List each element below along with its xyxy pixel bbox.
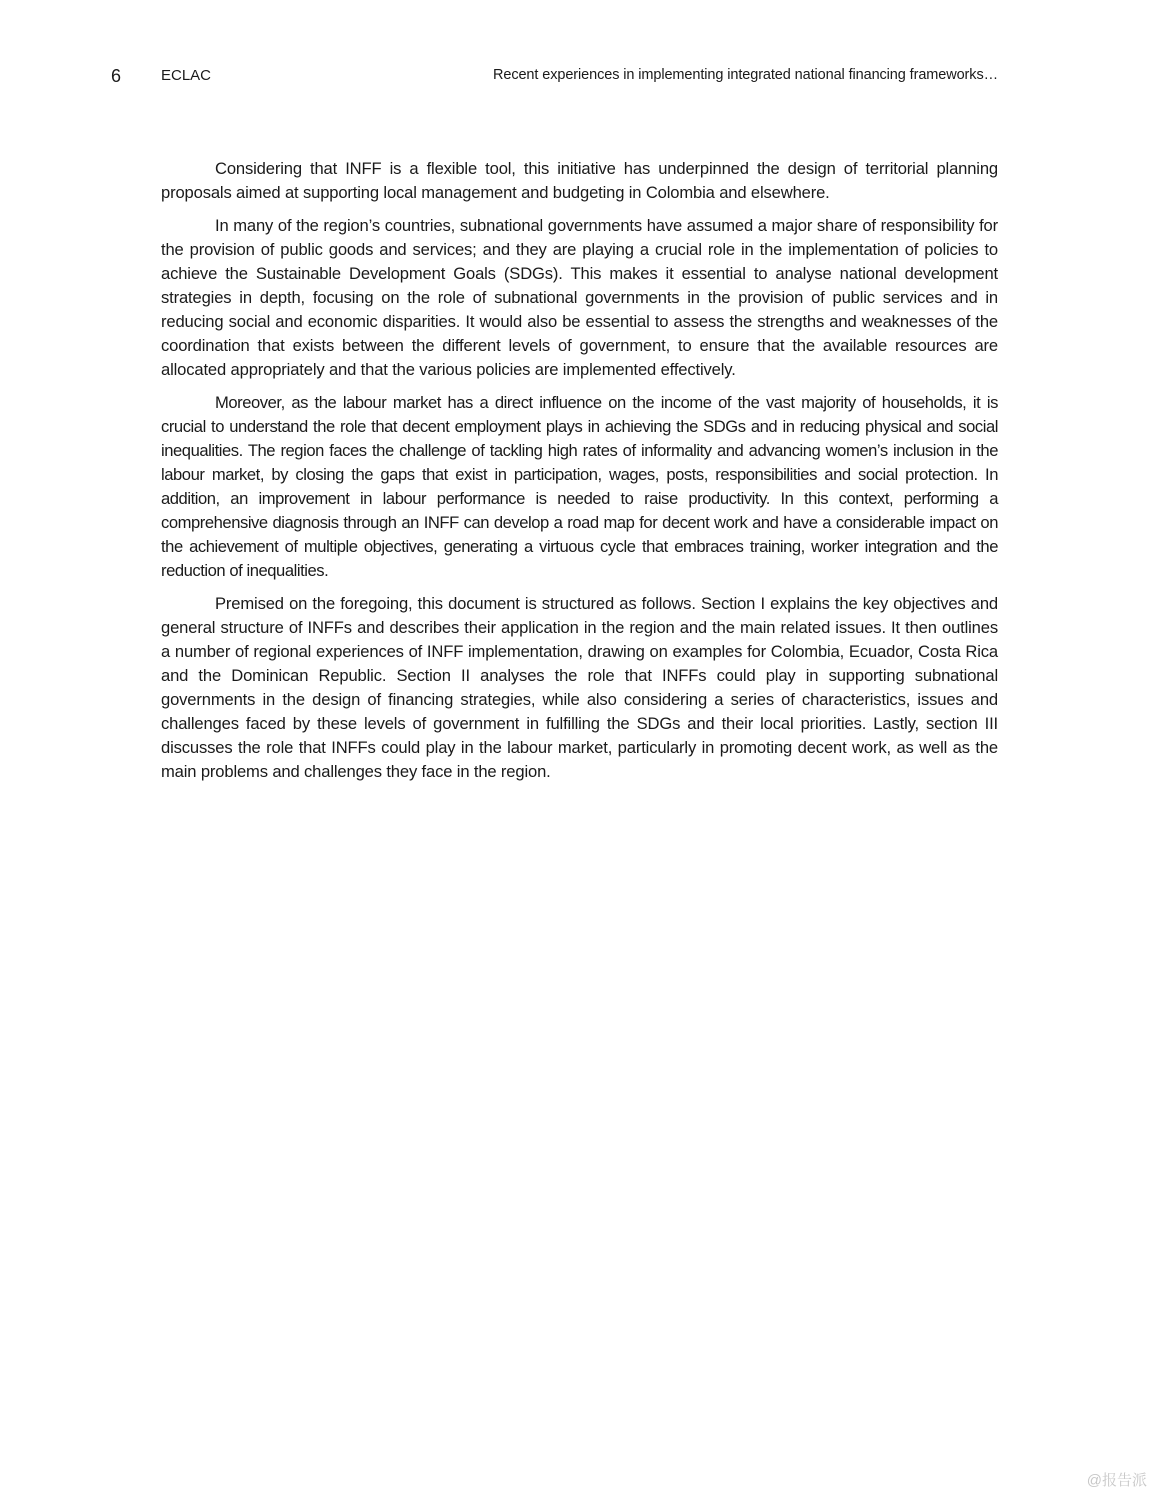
paragraph-3: Moreover, as the labour market has a dir… (161, 391, 998, 583)
page-number: 6 (111, 66, 121, 87)
paragraph-1: Considering that INFF is a flexible tool… (161, 157, 998, 205)
organization-name: ECLAC (161, 67, 211, 84)
paragraph-2: In many of the region’s countries, subna… (161, 214, 998, 382)
paragraph-4: Premised on the foregoing, this document… (161, 592, 998, 784)
page-header: 6 ECLAC Recent experiences in implementi… (0, 66, 1159, 90)
watermark: @报告派 (1087, 1469, 1147, 1490)
document-body: Considering that INFF is a flexible tool… (161, 157, 998, 793)
running-title: Recent experiences in implementing integ… (493, 67, 998, 83)
